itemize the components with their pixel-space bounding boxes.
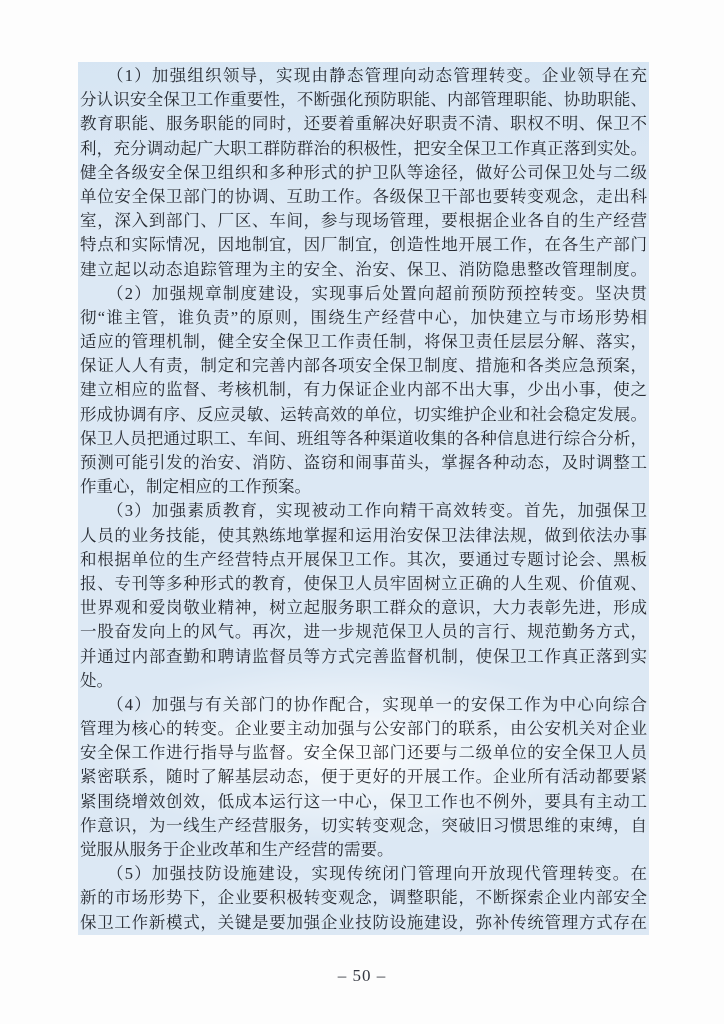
text-line: 报、专刊等多种形式的教育，使保卫人员牢固树立正确的人生观、价值观、 [80, 572, 647, 596]
text-line: 并通过内部查勤和聘请监督员等方式完善监督机制，使保卫工作真正落到实 [80, 645, 647, 669]
text-line: 一股奋发向上的风气。再次，进一步规范保卫人员的言行、规范勤务方式， [80, 620, 647, 644]
text-line: 形成协调有序、反应灵敏、运转高效的单位，切实维护企业和社会稳定发展。 [80, 403, 647, 427]
text-line: 保证人人有责，制定和完善内部各项安全保卫制度、措施和各类应急预案， [80, 354, 647, 378]
text-line: 保卫工作新模式，关键是要加强企业技防设施建设，弥补传统管理方式存在 [80, 911, 647, 935]
text-line: 管理为核心的转变。企业要主动加强与公安部门的联系，由公安机关对企业 [80, 717, 647, 741]
text-line: 健全各级安全保卫组织和多种形式的护卫队等途径，做好公司保卫处与二级 [80, 161, 647, 185]
document-page: （1）加强组织领导，实现由静态管理向动态管理转变。企业领导在充分认识安全保卫工作… [0, 0, 724, 1024]
text-line: （3）加强素质教育，实现被动工作向精干高效转变。首先，加强保卫 [80, 499, 647, 523]
text-line: 适应的管理机制，健全安全保卫工作责任制，将保卫责任层层分解、落实， [80, 330, 647, 354]
text-line: 分认识安全保卫工作重要性，不断强化预防职能、内部管理职能、协助职能、 [80, 88, 647, 112]
text-line: 紧围绕增效创效，低成本运行这一中心，保卫工作也不例外，要具有主动工 [80, 790, 647, 814]
text-line: 单位安全保卫部门的协调、互助工作。各级保卫干部也要转变观念，走出科 [80, 185, 647, 209]
text-line: （4）加强与有关部门的协作配合，实现单一的安保工作为中心向综合 [80, 693, 647, 717]
text-line: （5）加强技防设施建设，实现传统闭门管理向开放现代管理转变。在 [80, 862, 647, 886]
text-line: 和根据单位的生产经营特点开展保卫工作。其次，要通过专题讨论会、黑板 [80, 548, 647, 572]
text-line: 特点和实际情况，因地制宜，因厂制宜，创造性地开展工作，在各生产部门 [80, 233, 647, 257]
text-line: 预测可能引发的治安、消防、盗窃和闹事苗头，掌握各种动态，及时调整工 [80, 451, 647, 475]
text-line: 教育职能、服务职能的同时，还要着重解决好职责不清、职权不明、保卫不 [80, 112, 647, 136]
text-line: 紧密联系，随时了解基层动态，便于更好的开展工作。企业所有活动都要紧 [80, 765, 647, 789]
text-line: 建立相应的监督、考核机制，有力保证企业内部不出大事，少出小事，使之 [80, 378, 647, 402]
text-line: 室，深入到部门、厂区、车间，参与现场管理，要根据企业各自的生产经营 [80, 209, 647, 233]
text-line: 彻“谁主管，谁负责”的原则，围绕生产经营中心，加快建立与市场形势相 [80, 306, 647, 330]
text-line: 世界观和爱岗敬业精神，树立起服务职工群众的意识，大力表彰先进，形成 [80, 596, 647, 620]
text-line: 安全保工作进行指导与监督。安全保卫部门还要与二级单位的安全保卫人员 [80, 741, 647, 765]
text-line: 作意识，为一线生产经营服务，切实转变观念，突破旧习惯思维的束缚，自 [80, 814, 647, 838]
text-line: 利，充分调动起广大职工群防群治的积极性，把安全保卫工作真正落到实处。 [80, 137, 647, 161]
text-line: 新的市场形势下，企业要积极转变观念，调整职能，不断探索企业内部安全 [80, 886, 647, 910]
text-line: 人员的业务技能，使其熟练地掌握和运用治安保卫法律法规，做到依法办事 [80, 524, 647, 548]
text-line: 作重心，制定相应的工作预案。 [80, 475, 647, 499]
text-line: 建立起以动态追踪管理为主的安全、治安、保卫、消防隐患整改管理制度。 [80, 258, 647, 282]
text-line: 处。 [80, 669, 647, 693]
page-text-area: （1）加强组织领导，实现由静态管理向动态管理转变。企业领导在充分认识安全保卫工作… [78, 62, 649, 935]
text-line: （1）加强组织领导，实现由静态管理向动态管理转变。企业领导在充 [80, 64, 647, 88]
page-number: – 50 – [0, 966, 724, 986]
text-line: 觉服从服务于企业改革和生产经营的需要。 [80, 838, 647, 862]
text-line: 保卫人员把通过职工、车间、班组等各种渠道收集的各种信息进行综合分析， [80, 427, 647, 451]
text-line: （2）加强规章制度建设，实现事后处置向超前预防预控转变。坚决贯 [80, 282, 647, 306]
